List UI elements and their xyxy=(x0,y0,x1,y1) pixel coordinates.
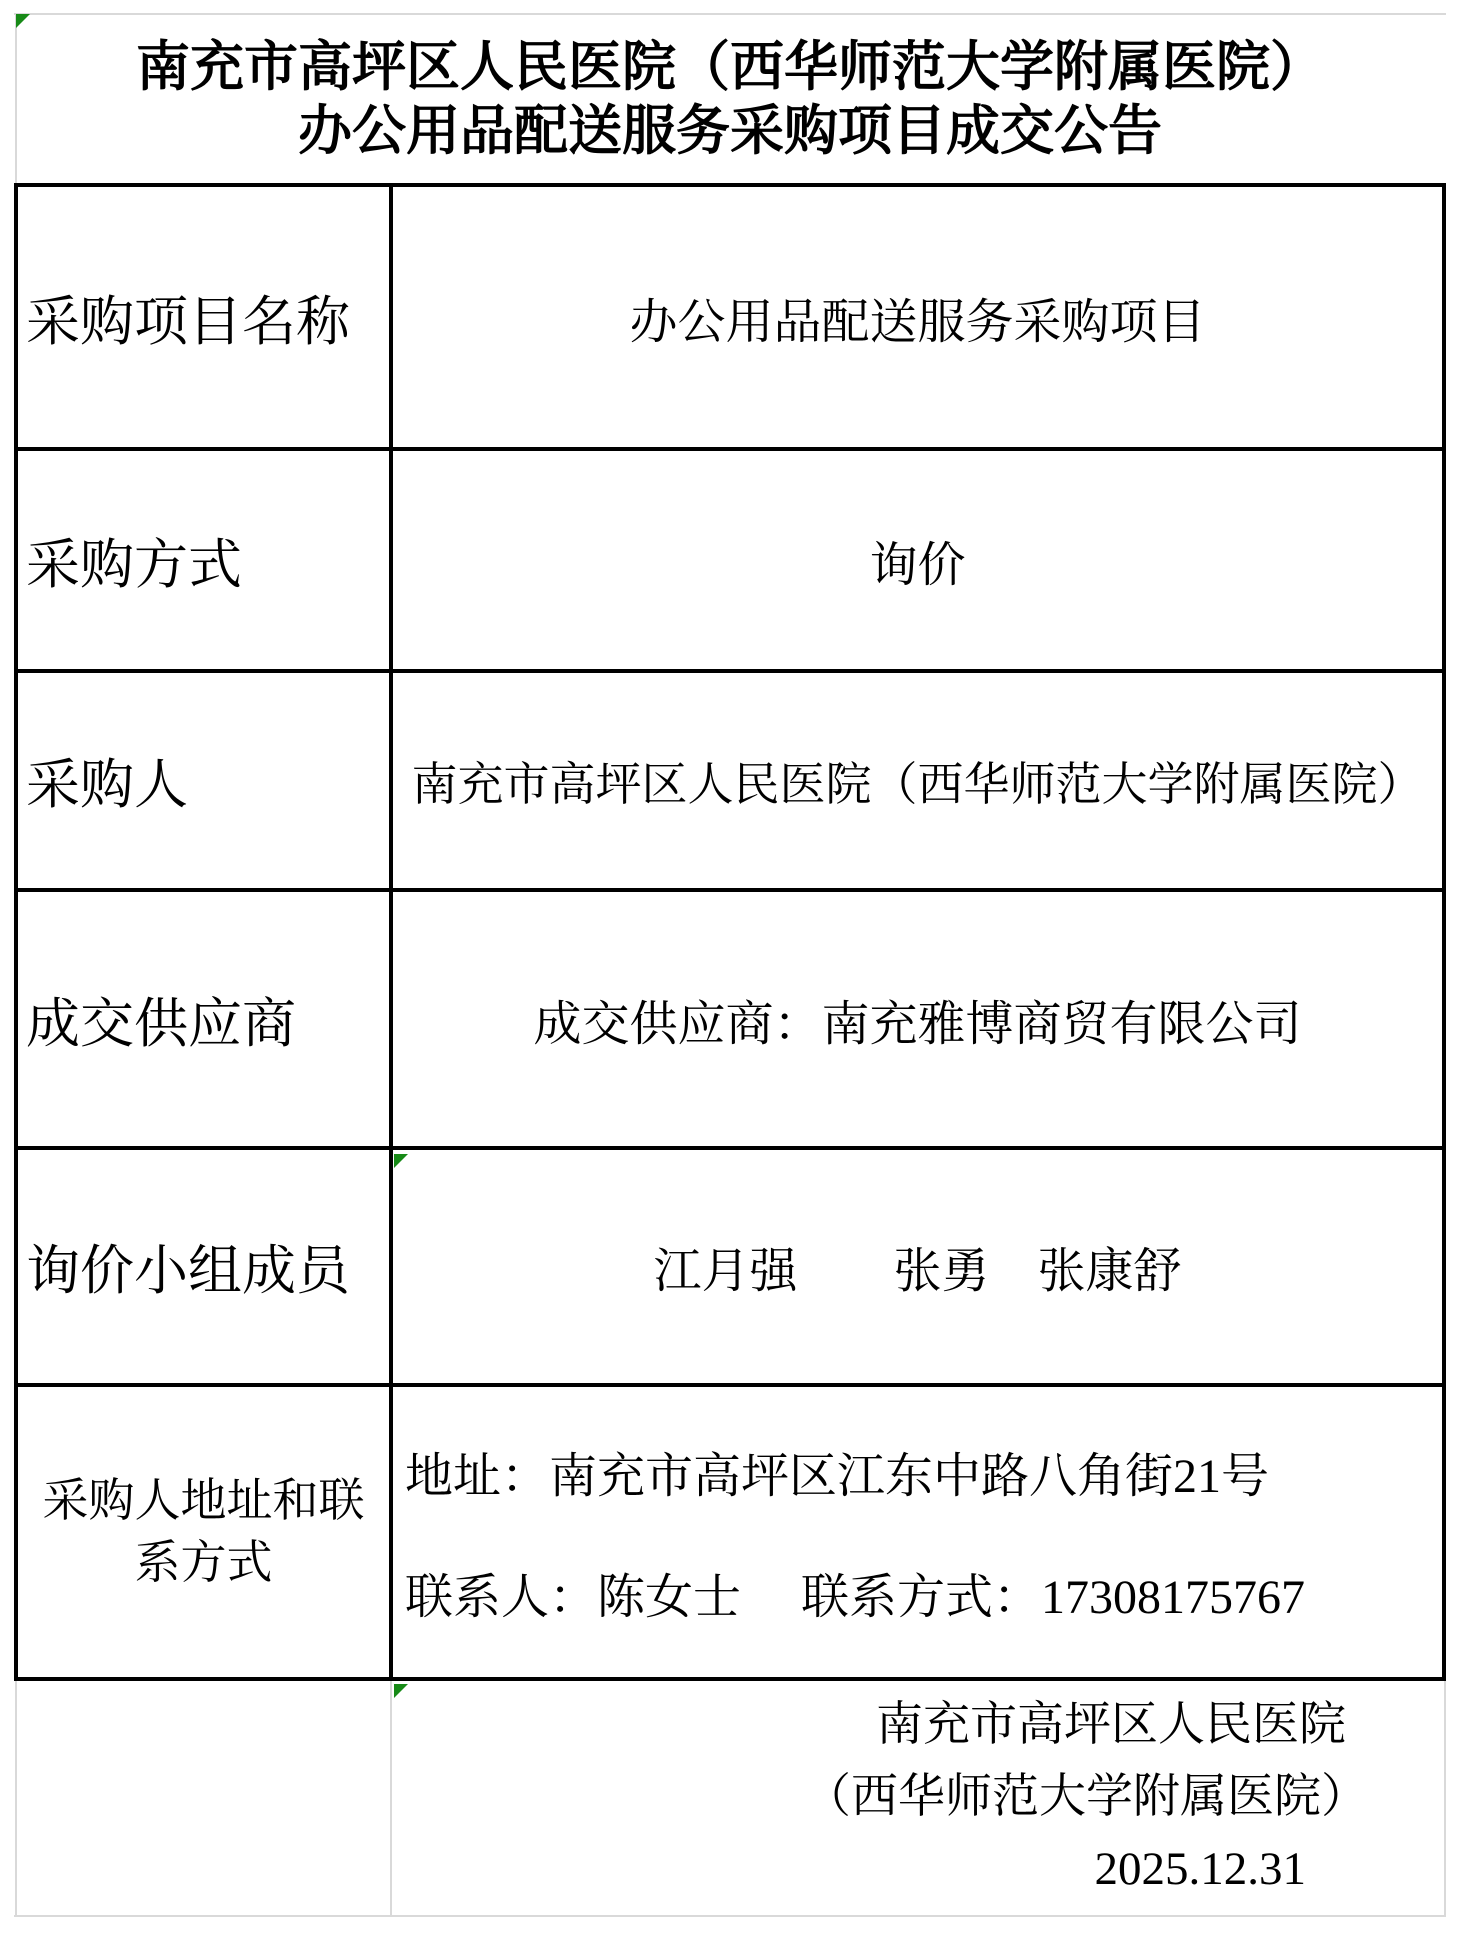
document-title: 南充市高坪区人民医院（西华师范大学附属医院） 办公用品配送服务采购项目成交公告 xyxy=(14,15,1446,183)
row-label-cell: 采购人地址和联系方式 xyxy=(18,1387,393,1677)
announcement-table: 采购项目名称 办公用品配送服务采购项目 采购方式 询价 采购人 南充市高坪区人民… xyxy=(14,183,1446,1681)
table-row-inquiry-group: 询价小组成员 江月强 张勇 张康舒 xyxy=(18,1150,1442,1387)
row-label-cell: 采购人 xyxy=(18,673,393,888)
signature-org-line2: （西华师范大学附属医院） xyxy=(391,1761,1446,1833)
announcement-page: 南充市高坪区人民医院（西华师范大学附属医院） 办公用品配送服务采购项目成交公告 … xyxy=(0,0,1458,1934)
document-title-line1: 南充市高坪区人民医院（西华师范大学附属医院） xyxy=(14,35,1446,99)
row-label-cell: 成交供应商 xyxy=(18,892,393,1146)
row-value-cell: 询价 xyxy=(393,451,1442,669)
signature-date: 2025.12.31 xyxy=(391,1833,1446,1905)
signature-block: 南充市高坪区人民医院 （西华师范大学附属医院） 2025.12.31 xyxy=(391,1681,1446,1917)
row-label-cell: 询价小组成员 xyxy=(18,1150,393,1383)
row-value-cell: 成交供应商：南充雅博商贸有限公司 xyxy=(393,892,1442,1146)
table-row-purchaser: 采购人 南充市高坪区人民医院（西华师范大学附属医院） xyxy=(18,673,1442,892)
document-title-line2: 办公用品配送服务采购项目成交公告 xyxy=(14,99,1446,163)
table-row-winning-supplier: 成交供应商 成交供应商：南充雅博商贸有限公司 xyxy=(18,892,1442,1150)
contact-line: 联系人：陈女士 联系方式：17308175767 xyxy=(405,1558,1305,1627)
address-line: 地址：南充市高坪区江东中路八角街21号 xyxy=(405,1437,1269,1506)
row-value-cell: 南充市高坪区人民医院（西华师范大学附属医院） xyxy=(393,673,1442,888)
row-value-cell: 地址：南充市高坪区江东中路八角街21号 联系人：陈女士 联系方式：1730817… xyxy=(393,1387,1442,1677)
row-value-cell: 江月强 张勇 张康舒 xyxy=(393,1150,1442,1383)
row-label-cell: 采购项目名称 xyxy=(18,187,393,447)
table-row-project-name: 采购项目名称 办公用品配送服务采购项目 xyxy=(18,187,1442,451)
row-value-cell: 办公用品配送服务采购项目 xyxy=(393,187,1442,447)
row-label-cell: 采购方式 xyxy=(18,451,393,669)
row-label-text: 采购人地址和联系方式 xyxy=(39,1470,369,1594)
signature-org-line1: 南充市高坪区人民医院 xyxy=(391,1689,1446,1761)
table-row-address-contact: 采购人地址和联系方式 地址：南充市高坪区江东中路八角街21号 联系人：陈女士 联… xyxy=(18,1387,1442,1677)
table-row-procurement-method: 采购方式 询价 xyxy=(18,451,1442,673)
